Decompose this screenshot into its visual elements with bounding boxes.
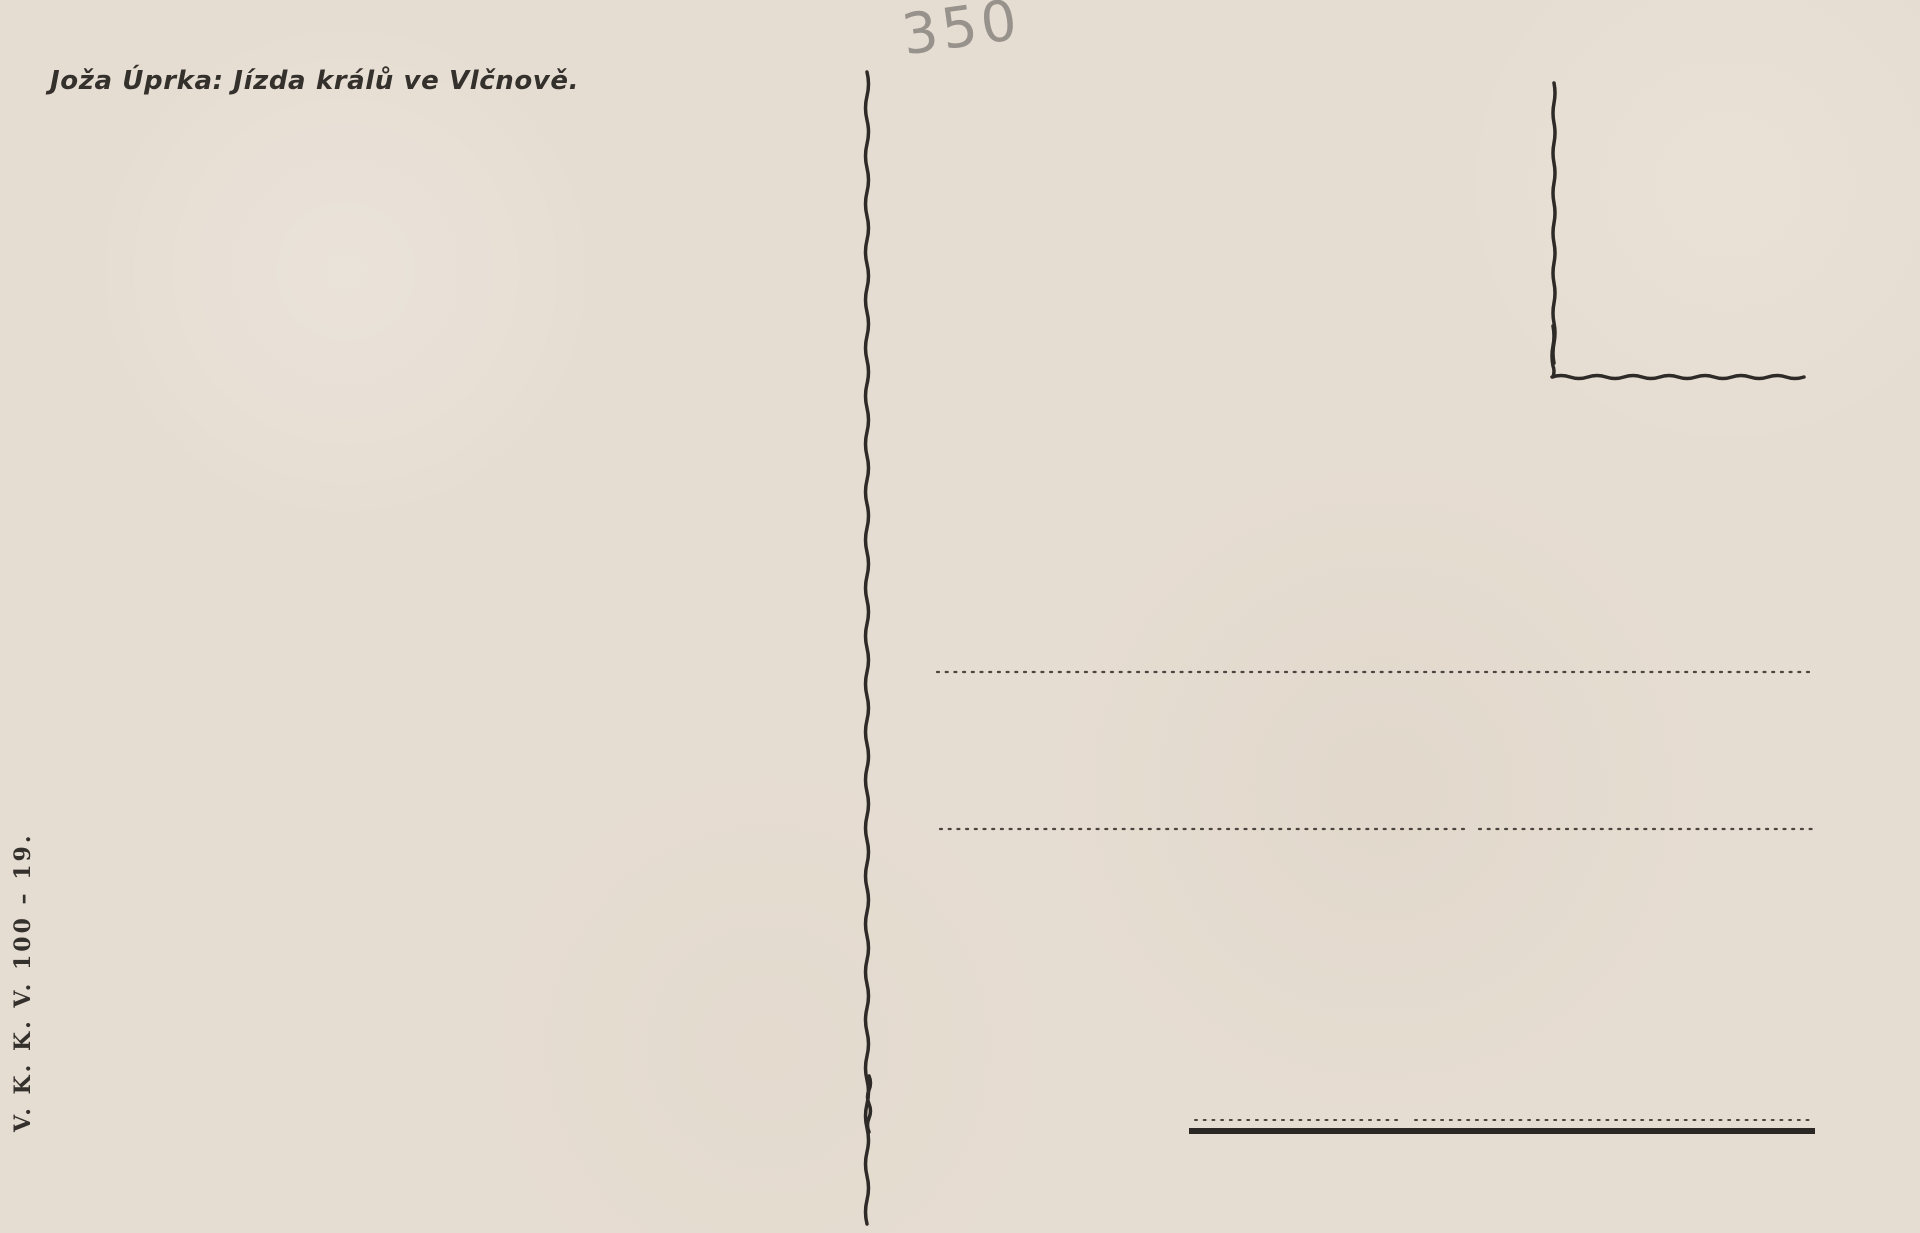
stamp-box-outline xyxy=(1552,83,1804,379)
center-divider-line xyxy=(866,72,871,1224)
destination-underline xyxy=(1189,1128,1815,1134)
address-line-3 xyxy=(1189,1120,1815,1134)
postcard-rulings xyxy=(0,0,1920,1233)
